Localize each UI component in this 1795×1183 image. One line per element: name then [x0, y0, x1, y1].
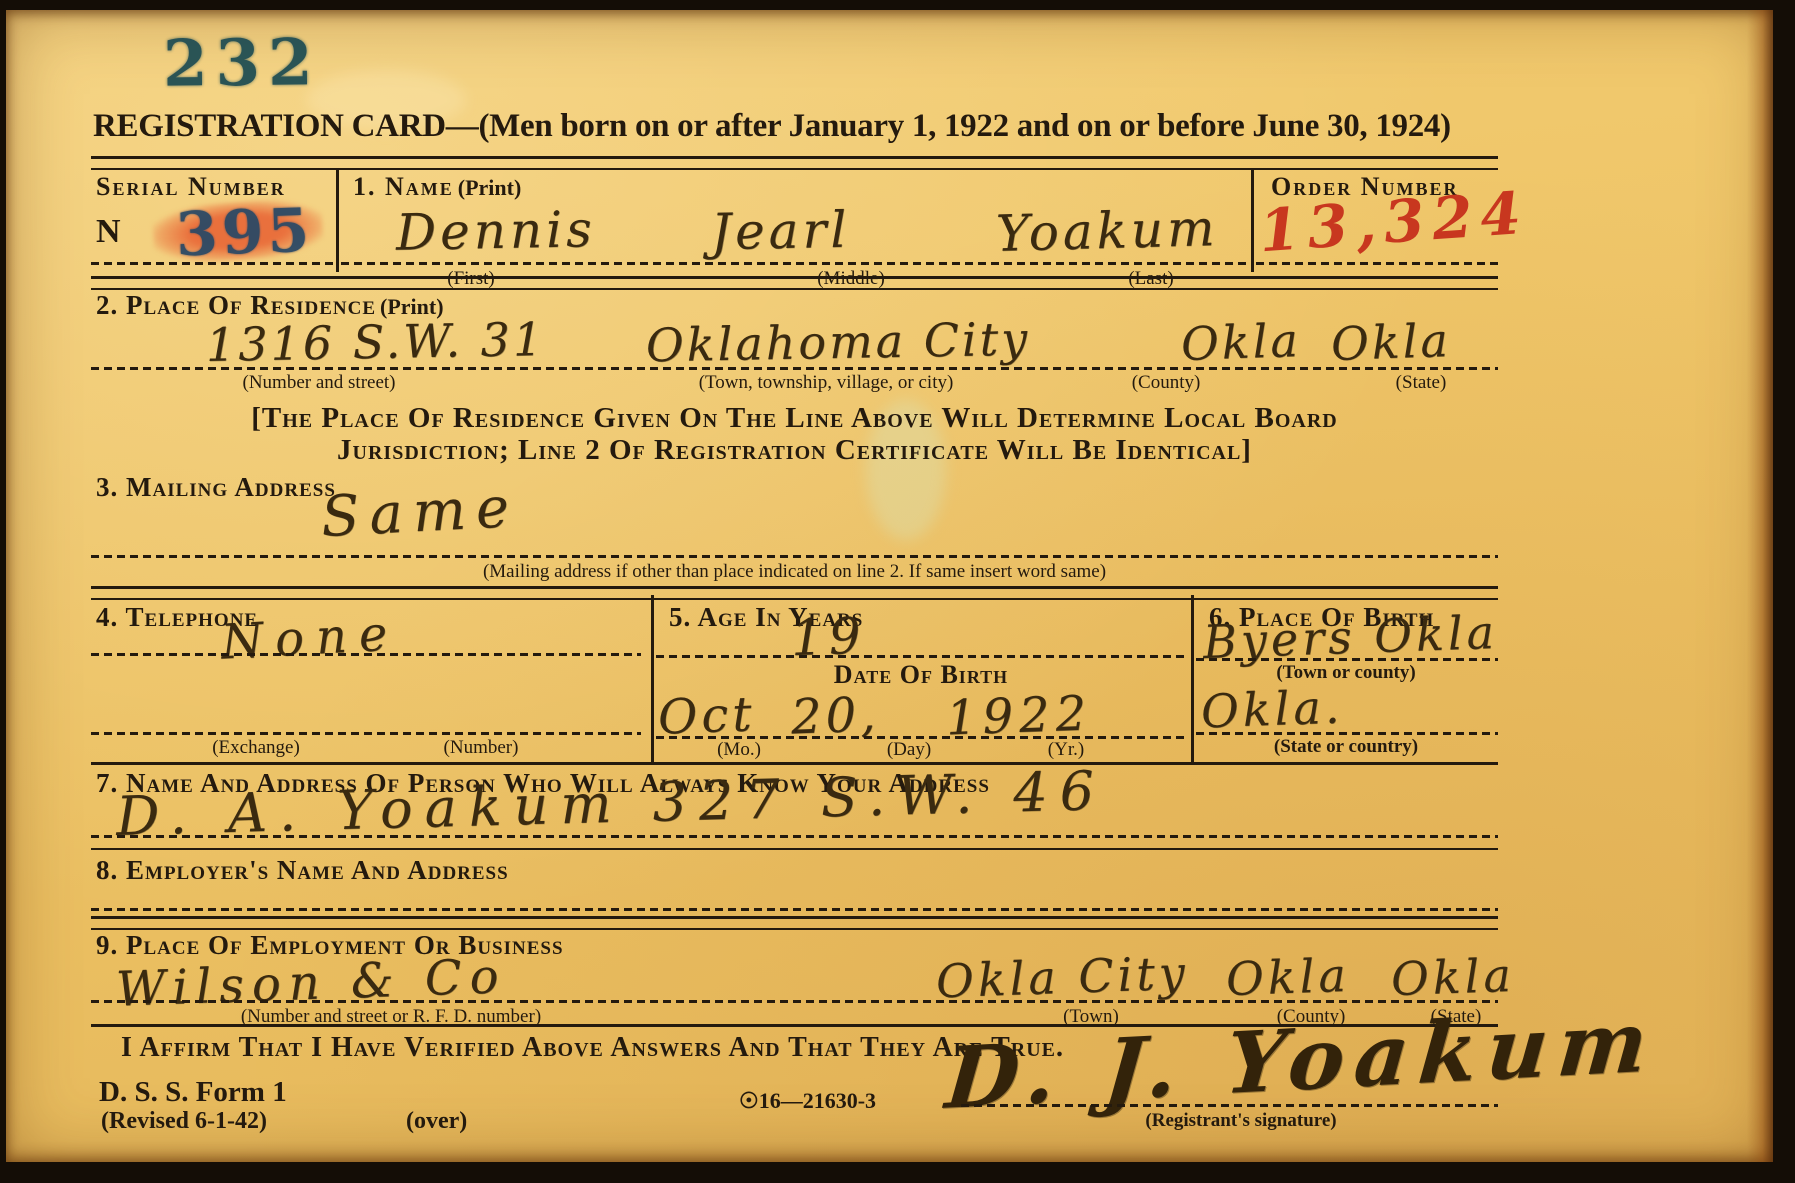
dob-sub-day: (Day): [887, 739, 931, 761]
employment-entry-line: [91, 1000, 1498, 1003]
mailing-address-entry: Same: [319, 475, 520, 550]
mailing-address-label: 3. Mailing Address: [96, 472, 336, 503]
jurisdiction-notice-line1: [The Place Of Residence Given On The Lin…: [91, 402, 1498, 435]
birthplace-state-line: [1196, 732, 1498, 735]
birthplace-town-line: [1196, 658, 1498, 661]
residence-sub-city: (Town, township, village, or city): [699, 372, 954, 394]
signature-line: [961, 1104, 1498, 1107]
paper-edge-shading: [1747, 10, 1773, 1162]
employer-bottom-divider: [91, 916, 1498, 930]
age-entry: 19: [790, 607, 868, 668]
mailing-bottom-divider: [91, 586, 1498, 600]
birthplace-sub-state: (State or country): [1274, 736, 1418, 758]
serial-entry-line: [91, 262, 336, 265]
residence-state-entry: Okla: [1330, 313, 1452, 371]
serial-prefix: N: [96, 213, 121, 251]
employment-county-entry: Okla: [1225, 948, 1351, 1006]
name-field-label: 1. Name: [353, 172, 454, 201]
row1-bottom-divider: [91, 276, 1498, 290]
telephone-entry-line-1: [91, 653, 641, 656]
office-stamp-number: 232: [163, 25, 321, 101]
serial-number-stamp: 395: [175, 196, 315, 271]
form-revision-label: (Revised 6-1-42): [101, 1108, 267, 1135]
name-first-entry: Dennis: [396, 200, 597, 261]
name-order-divider: [1251, 168, 1254, 272]
card-title: REGISTRATION CARD—(Men born on or after …: [93, 108, 1451, 145]
affirmation-statement: I Affirm That I Have Verified Above Answ…: [121, 1032, 1064, 1064]
order-entry-line: [1256, 262, 1498, 265]
name-middle-entry: Jearl: [711, 201, 851, 261]
employer-label: 8. Employer's Name And Address: [96, 855, 509, 886]
mailing-sub-hint: (Mailing address if other than place ind…: [91, 561, 1498, 583]
registration-card: 232 REGISTRATION CARD—(Men born on or af…: [6, 10, 1773, 1162]
residence-sub-county: (County): [1132, 372, 1201, 394]
residence-sub-state: (State): [1396, 372, 1447, 394]
telephone-age-divider: [651, 595, 654, 765]
residence-city-entry: Oklahoma City: [646, 312, 1031, 373]
telephone-sub-exchange: (Exchange): [212, 737, 300, 759]
name-last-entry: Yoakum: [995, 199, 1219, 263]
age-entry-line: [656, 655, 1186, 658]
dob-sub-month: (Mo.): [717, 739, 761, 761]
name-entry-line: [341, 262, 1251, 265]
telephone-sub-number: (Number): [444, 737, 519, 759]
residence-entry-line: [91, 367, 1498, 370]
signature-sub-label: (Registrant's signature): [1145, 1110, 1336, 1132]
jurisdiction-notice-line2: Jurisdiction; Line 2 Of Registration Cer…: [91, 434, 1498, 467]
date-of-birth-label: Date Of Birth: [656, 660, 1186, 690]
registrant-signature: D. J. Yoakum: [942, 991, 1661, 1128]
contact-bottom-divider: [91, 848, 1498, 850]
contact-entry-line: [91, 835, 1498, 838]
row456-bottom-divider: [91, 762, 1498, 765]
over-label: (over): [406, 1108, 467, 1135]
residence-county-entry: Okla: [1180, 313, 1302, 371]
telephone-entry: None: [220, 605, 401, 670]
form-number-label: D. S. S. Form 1: [99, 1076, 287, 1109]
employer-entry-line: [91, 908, 1498, 911]
title-divider: [91, 156, 1498, 170]
age-birth-divider: [1191, 595, 1194, 765]
print-code: ☉16—21630-3: [739, 1088, 876, 1114]
residence-sub-street: (Number and street): [243, 372, 396, 394]
dob-sub-year: (Yr.): [1048, 739, 1084, 761]
name-field-print-hint: (Print): [458, 175, 522, 200]
residence-street-entry: 1316 S.W. 31: [206, 312, 546, 372]
serial-name-divider: [336, 168, 339, 272]
employment-state-entry: Okla: [1390, 948, 1516, 1006]
telephone-entry-line-2: [91, 732, 641, 735]
employment-town-entry: Okla City: [935, 946, 1189, 1009]
mailing-entry-line: [91, 555, 1498, 558]
birthplace-state-entry: Okla.: [1200, 680, 1344, 739]
